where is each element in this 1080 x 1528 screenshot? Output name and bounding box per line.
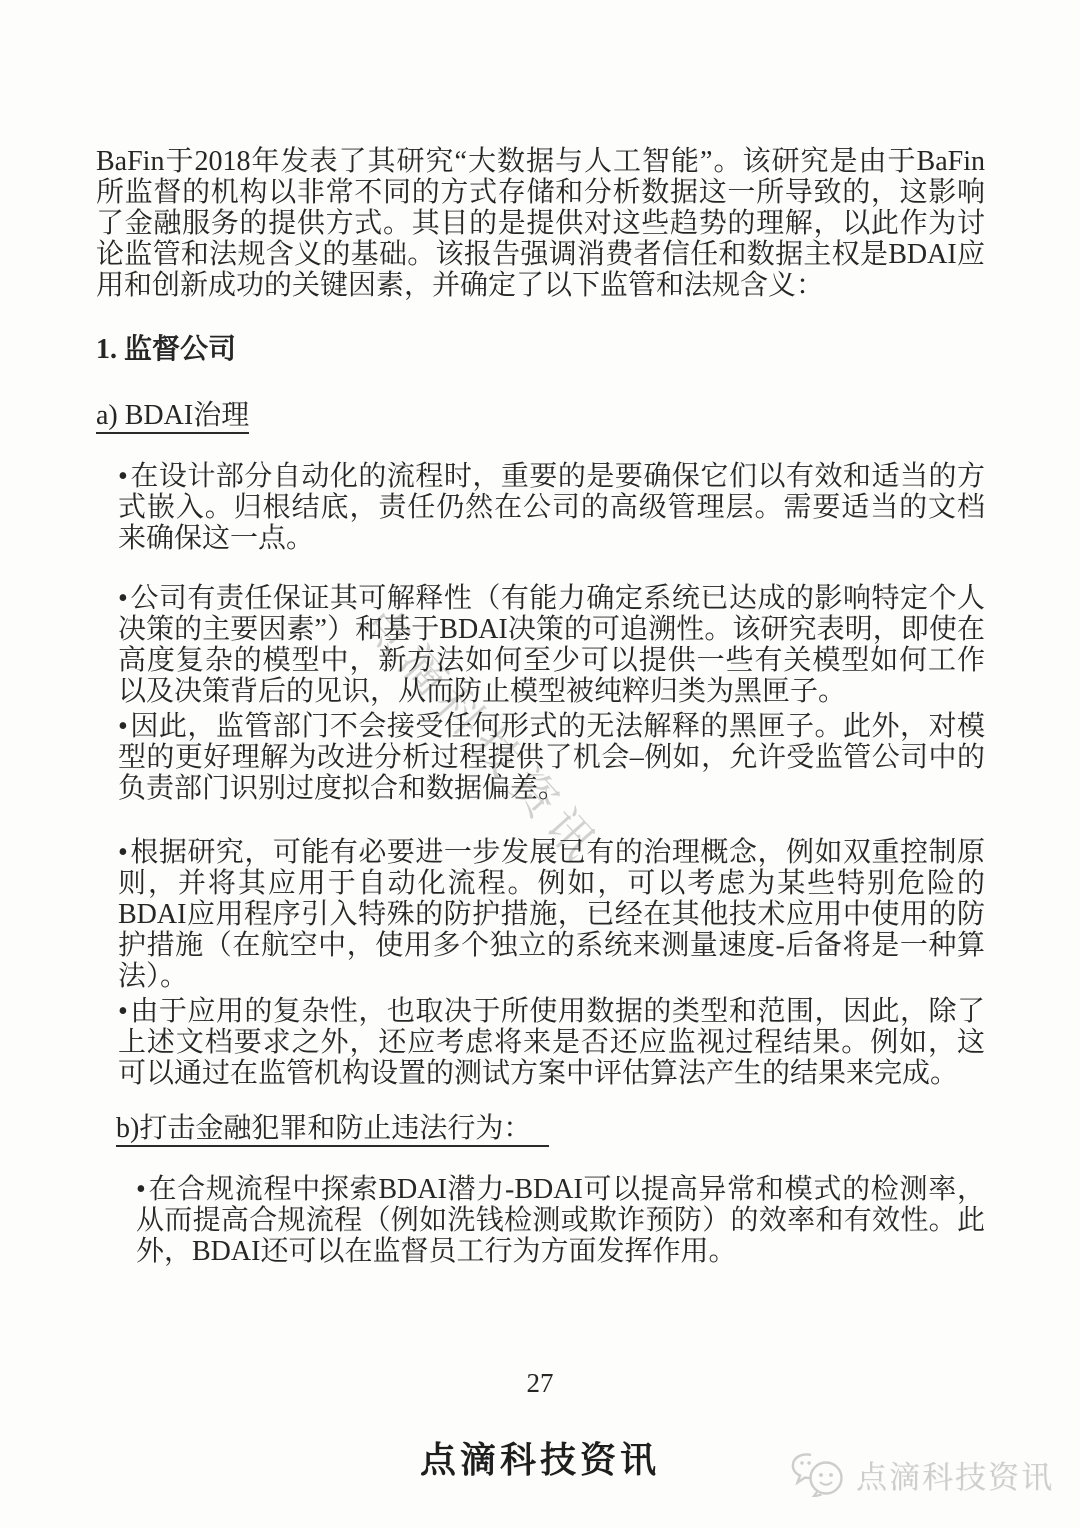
bullet-marker: • — [118, 837, 130, 868]
bullet-marker: • — [118, 996, 130, 1027]
section-a-heading-text: a) BDAI治理 — [96, 400, 249, 434]
bullet-item: •由于应用的复杂性，也取决于所使用数据的类型和范围，因此，除了上述文档要求之外，… — [118, 996, 985, 1089]
bullet-text: 在合规流程中探索BDAI潜力-BDAI可以提高异常和模式的检测率，从而提高合规流… — [136, 1174, 985, 1267]
bullet-marker: • — [136, 1174, 148, 1205]
page-content: BaFin于2018年发表了其研究“大数据与人工智能”。该研究是由于BaFin所… — [96, 146, 985, 1267]
bullet-group-a2: •公司有责任保证其可解释性（有能力确定系统已达成的影响特定个人决策的主要因素”）… — [118, 583, 985, 804]
bullet-item: •因此，监管部门不会接受任何形式的无法解释的黑匣子。此外，对模型的更好理解为改进… — [118, 711, 985, 804]
document-page: 点滴科技资讯 BaFin于2018年发表了其研究“大数据与人工智能”。该研究是由… — [0, 0, 1080, 1528]
corner-watermark: 点滴科技资讯 — [790, 1451, 1054, 1497]
page-number: 27 — [0, 1368, 1080, 1399]
bullet-item: •在合规流程中探索BDAI潜力-BDAI可以提高异常和模式的检测率，从而提高合规… — [136, 1174, 985, 1267]
intro-paragraph: BaFin于2018年发表了其研究“大数据与人工智能”。该研究是由于BaFin所… — [96, 146, 985, 301]
bullet-text: 根据研究，可能有必要进一步发展已有的治理概念，例如双重控制原则，并将其应用于自动… — [118, 837, 985, 992]
bullet-group-a3: •根据研究，可能有必要进一步发展已有的治理概念，例如双重控制原则，并将其应用于自… — [118, 837, 985, 1089]
bullet-marker: • — [118, 711, 130, 742]
bullet-marker: • — [118, 583, 130, 614]
bullet-text: 在设计部分自动化的流程时，重要的是要确保它们以有效和适当的方式嵌入。归根结底，责… — [118, 461, 985, 554]
bullet-group-b1: •在合规流程中探索BDAI潜力-BDAI可以提高异常和模式的检测率，从而提高合规… — [136, 1174, 985, 1267]
chat-bubbles-icon — [790, 1451, 848, 1497]
bullet-group-a1: •在设计部分自动化的流程时，重要的是要确保它们以有效和适当的方式嵌入。归根结底，… — [118, 461, 985, 554]
bullet-item: •在设计部分自动化的流程时，重要的是要确保它们以有效和适当的方式嵌入。归根结底，… — [118, 461, 985, 554]
bullet-item: •根据研究，可能有必要进一步发展已有的治理概念，例如双重控制原则，并将其应用于自… — [118, 837, 985, 992]
corner-watermark-text: 点滴科技资讯 — [856, 1452, 1054, 1497]
bullet-text: 公司有责任保证其可解释性（有能力确定系统已达成的影响特定个人决策的主要因素”）和… — [118, 583, 985, 707]
section-b-heading-text: b)打击金融犯罪和防止违法行为： — [116, 1113, 549, 1147]
bullet-text: 因此，监管部门不会接受任何形式的无法解释的黑匣子。此外，对模型的更好理解为改进分… — [118, 711, 985, 804]
section-b-heading: b)打击金融犯罪和防止违法行为： — [116, 1113, 985, 1144]
bullet-marker: • — [118, 461, 130, 492]
bullet-text: 由于应用的复杂性，也取决于所使用数据的类型和范围，因此，除了上述文档要求之外，还… — [118, 996, 985, 1089]
bullet-item: •公司有责任保证其可解释性（有能力确定系统已达成的影响特定个人决策的主要因素”）… — [118, 583, 985, 707]
section-a-heading: a) BDAI治理 — [96, 400, 985, 431]
section-1-heading: 1. 监督公司 — [96, 334, 985, 365]
